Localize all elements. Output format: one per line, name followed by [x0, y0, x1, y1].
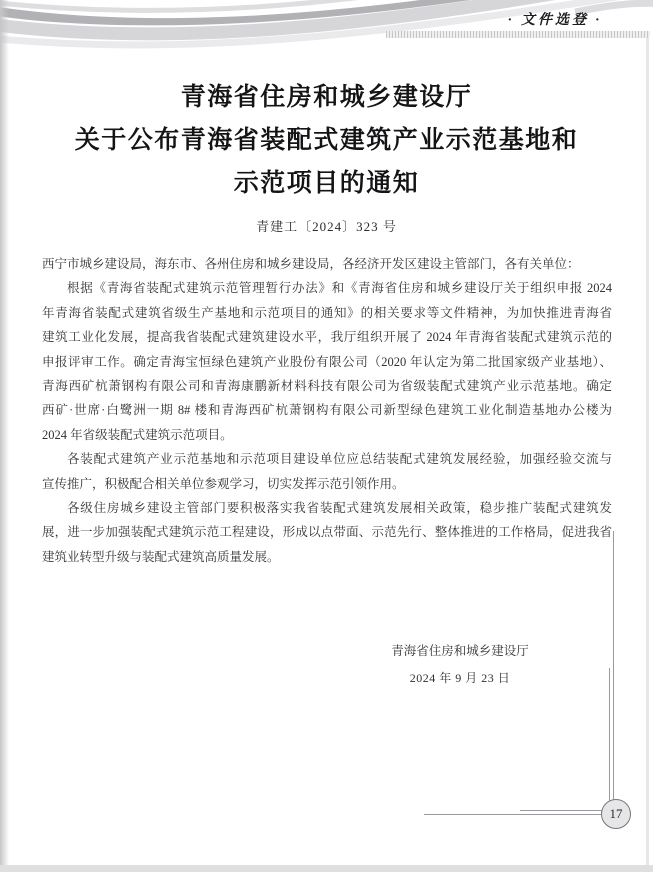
signature-block: 青海省住房和城乡建设厅 2024 年 9 月 23 日: [388, 641, 532, 686]
body-line: 各装配式建筑产业示范基地和示范项目建设单位应总结装配式建筑发展经验，加强经验交流…: [42, 447, 612, 471]
document-body: 西宁市城乡建设局，海东市、各州住房和城乡建设局，各经济开发区建设主管部门，各有关…: [42, 252, 612, 569]
page-number-badge: 17: [601, 799, 631, 829]
body-line: 各级住房城乡建设主管部门要积极落实我省装配式建筑发展相关政策，稳步推广装配式建筑…: [42, 496, 612, 520]
body-line: 2024 年省级装配式建筑示范项目。: [42, 423, 612, 447]
title-line: 示范项目的通知: [0, 162, 653, 205]
title-line: 关于公布青海省装配式建筑产业示范基地和: [0, 119, 653, 162]
signature-date: 2024 年 9 月 23 日: [388, 669, 532, 686]
title-line: 青海省住房和城乡建设厅: [0, 76, 653, 119]
body-line: 根据《青海省装配式建筑示范管理暂行办法》和《青海省住房和城乡建设厅关于组织申报 …: [42, 276, 612, 300]
signer-name: 青海省住房和城乡建设厅: [388, 641, 532, 659]
page-container: · 文件选登 · 青海省住房和城乡建设厅 关于公布青海省装配式建筑产业示范基地和…: [0, 0, 653, 872]
body-line: 建筑工业化发展，提高我省装配式建筑建设水平，我厅组织开展了 2024 年青海省装…: [42, 325, 612, 349]
body-line: 西矿·世席·白鹭洲一期 8# 楼和青海西矿杭萧钢构有限公司新型绿色建筑工业化制造…: [42, 398, 612, 422]
page-edge-bottom: [0, 865, 653, 872]
body-line: 青海西矿杭萧钢构有限公司和青海康鹏新材料科技有限公司为省级装配式建筑产业示范基地…: [42, 374, 612, 398]
body-line: 年青海省装配式建筑省级生产基地和示范项目的通知》的相关要求等文件精神，为加快推进…: [42, 301, 612, 325]
hatch-divider: [386, 31, 650, 38]
corner-rule-vertical-inner: [609, 668, 610, 801]
body-line: 建筑业转型升级与装配式建筑高质量发展。: [42, 545, 612, 569]
body-line: 申报评审工作。确定青海宝恒绿色建筑产业股份有限公司（2020 年认定为第二批国家…: [42, 350, 612, 374]
body-line: 西宁市城乡建设局，海东市、各州住房和城乡建设局，各经济开发区建设主管部门，各有关…: [42, 252, 612, 276]
document-number: 青建工〔2024〕323 号: [0, 218, 653, 236]
document-title: 青海省住房和城乡建设厅 关于公布青海省装配式建筑产业示范基地和 示范项目的通知: [0, 76, 653, 205]
body-line: 展，进一步加强装配式建筑示范工程建设，形成以点带面、示范先行、整体推进的工作格局…: [42, 520, 612, 544]
corner-rule-horizontal-lower: [424, 814, 604, 815]
body-line: 宣传推广，积极配合相关单位参观学习，切实发挥示范引领作用。: [42, 472, 612, 496]
corner-rule-vertical-outer: [613, 531, 614, 801]
corner-rule-horizontal-upper: [520, 810, 604, 811]
section-header-label: · 文件选登 ·: [500, 9, 610, 29]
